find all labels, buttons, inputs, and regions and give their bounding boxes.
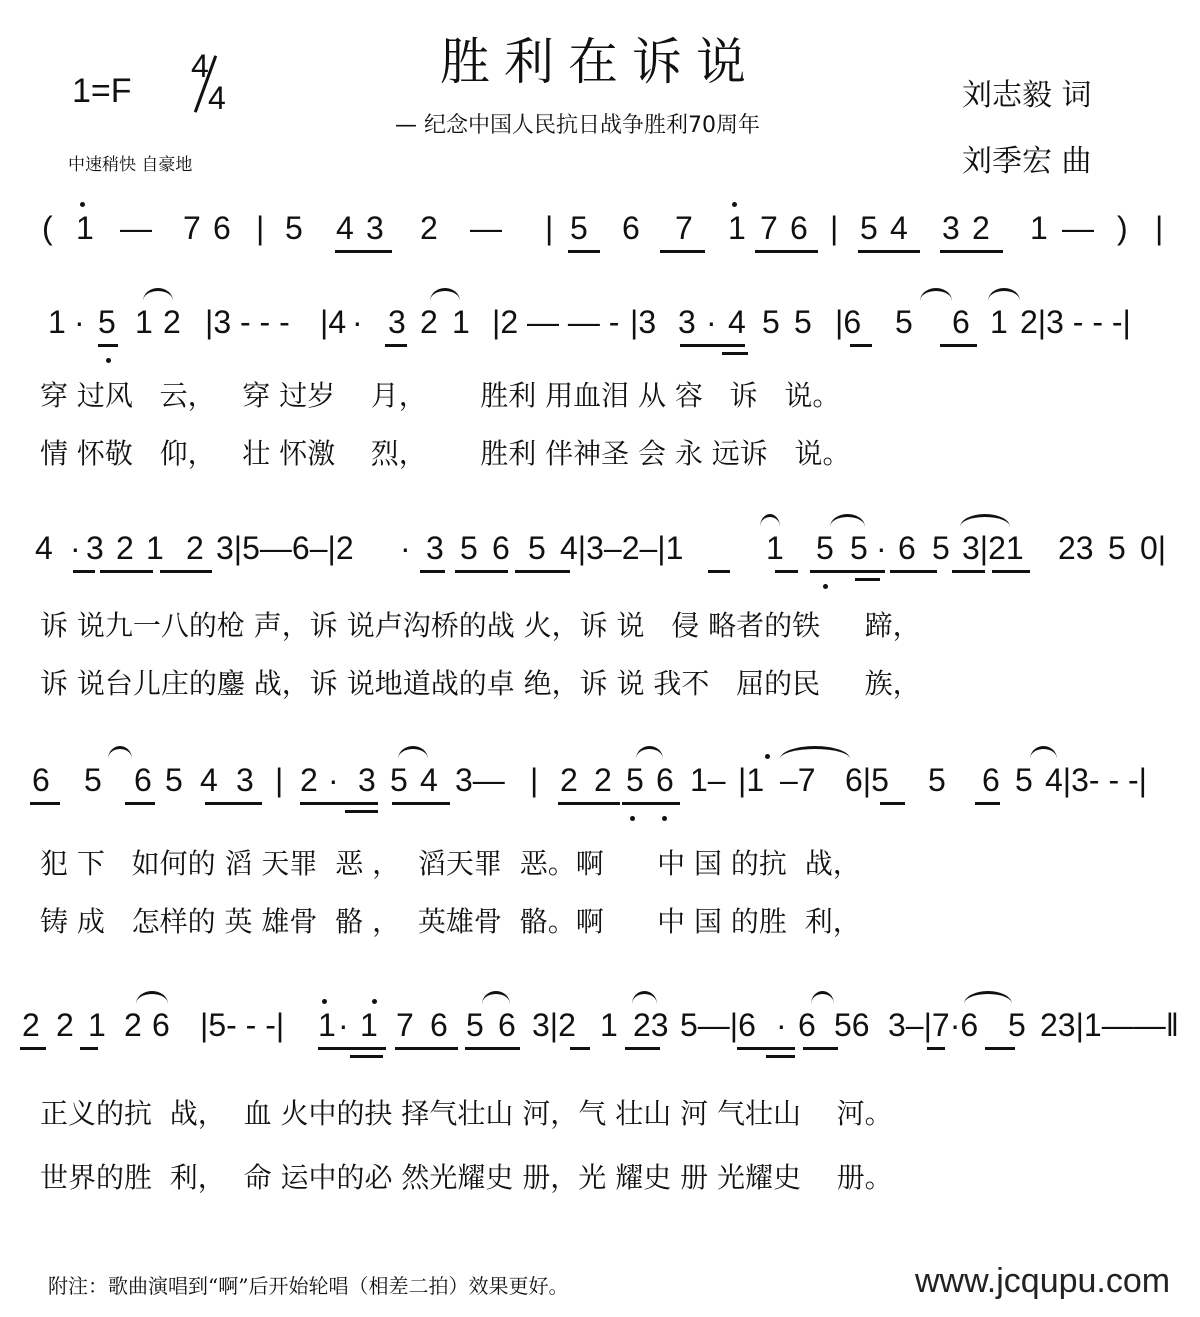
- note-token: 3: [358, 760, 376, 800]
- note-token: |: [275, 760, 283, 800]
- note-token: 4: [420, 760, 438, 800]
- note-token: |: [256, 208, 264, 248]
- beam-underline: [98, 344, 118, 347]
- note-token: 2: [116, 528, 134, 568]
- slur-arc: [960, 514, 1010, 527]
- note-token: 2: [420, 208, 438, 248]
- beam-underline: [300, 802, 378, 805]
- note-token: 5: [626, 760, 644, 800]
- note-token: 2: [300, 760, 318, 800]
- beam-underline: [318, 1047, 386, 1050]
- note-token: ·: [70, 528, 81, 568]
- note-token: |: [545, 208, 553, 248]
- note-token: 6: [134, 760, 152, 800]
- beam-underline: [622, 802, 680, 805]
- note-token: 6: [798, 1005, 816, 1045]
- note-token: |: [830, 208, 838, 248]
- note-token: |5- - -|: [200, 1005, 284, 1045]
- note-token: |: [530, 760, 538, 800]
- slur-arc: [108, 746, 132, 759]
- octave-dot-below: [823, 584, 828, 589]
- time-signature: 4 4: [186, 48, 236, 118]
- note-token: 7: [396, 1005, 414, 1045]
- beam-underline: [455, 570, 508, 573]
- notation-system-2: 1·512|3 - - -|4·321|2 — — -|33·455|65612…: [0, 302, 1200, 382]
- lyric-line-3: 诉 说九一八的枪 声，诉 说卢沟桥的战 火，诉 说 侵 略者的铁 蹄，: [40, 604, 921, 644]
- octave-dot-above: [80, 202, 85, 207]
- note-token: 7: [183, 208, 201, 248]
- notation-system-5: 22126|5- - -|1·176563|21235—|6·6563–|7·6…: [0, 1005, 1200, 1085]
- slur-arc: [482, 991, 510, 1004]
- beam-underline: [858, 250, 920, 253]
- lyric-line-1: 穿 过风 云， 穿 过岁 月， 胜利 用血泪 从 容 诉 说。: [40, 374, 840, 414]
- slur-arc: [430, 288, 460, 301]
- note-token: 3—: [455, 760, 505, 800]
- note-token: ·: [400, 528, 411, 568]
- note-token: 3: [86, 528, 104, 568]
- note-token: 1–: [690, 760, 726, 800]
- note-token: 3|21: [962, 528, 1024, 568]
- beam-underline: [803, 1047, 838, 1050]
- beam-underline: [350, 1055, 383, 1058]
- note-token: 5: [932, 528, 950, 568]
- slur-arc: [632, 991, 657, 1004]
- beam-underline: [515, 570, 570, 573]
- note-token: 5: [1015, 760, 1033, 800]
- note-token: 2: [420, 302, 438, 342]
- note-token: 3: [236, 760, 254, 800]
- note-token: |3 - - -: [205, 302, 290, 342]
- note-token: |6: [835, 302, 861, 342]
- notation-system-3: 4·32123|5—6–|2·35654|3–2–|1155·653|21235…: [0, 528, 1200, 608]
- footnote: 附注：歌曲演唱到“啊”后开始轮唱（相差二拍）效果更好。: [48, 1270, 568, 1299]
- note-token: 1: [452, 302, 470, 342]
- note-token: 1: [600, 1005, 618, 1045]
- note-token: 3: [388, 302, 406, 342]
- beam-underline: [30, 802, 60, 805]
- note-token: 5: [466, 1005, 484, 1045]
- octave-dot-above: [322, 999, 327, 1004]
- note-token: 5: [570, 208, 588, 248]
- slur-arc: [136, 991, 168, 1004]
- note-token: 6: [430, 1005, 448, 1045]
- note-token: 3|5—6–|2: [216, 528, 354, 568]
- note-token: ·: [876, 528, 887, 568]
- note-token: 1: [146, 528, 164, 568]
- beam-underline: [625, 1047, 660, 1050]
- beam-underline: [940, 344, 977, 347]
- song-subtitle: — 纪念中国人民抗日战争胜利70周年: [395, 108, 760, 139]
- note-token: 2: [972, 208, 990, 248]
- note-token: 5: [98, 302, 116, 342]
- octave-dot-above: [372, 999, 377, 1004]
- octave-dot-below: [106, 358, 111, 363]
- note-token: (: [42, 208, 53, 248]
- note-token: 2: [560, 760, 578, 800]
- lyric-line-5: 犯 下 如何的 滔 天罪 恶 ， 滔天罪 恶。啊 中 国 的抗 战，: [40, 842, 861, 882]
- beam-underline: [985, 1047, 1015, 1050]
- note-token: —: [1062, 208, 1094, 248]
- note-token: |4: [320, 302, 346, 342]
- note-token: 4|3–2–|1: [560, 528, 683, 568]
- note-token: 5: [528, 528, 546, 568]
- note-token: 1: [48, 302, 66, 342]
- note-token: ·: [776, 1005, 787, 1045]
- note-token: –7: [780, 760, 816, 800]
- note-token: 6: [790, 208, 808, 248]
- note-token: 0|: [1140, 528, 1166, 568]
- beam-underline: [940, 250, 1003, 253]
- note-token: 5: [860, 208, 878, 248]
- octave-dot-above: [765, 754, 770, 759]
- note-token: 1: [1030, 208, 1048, 248]
- note-token: ·: [338, 1005, 349, 1045]
- octave-dot-above: [732, 202, 737, 207]
- beam-underline: [392, 802, 450, 805]
- beam-underline: [100, 570, 153, 573]
- note-token: 2: [22, 1005, 40, 1045]
- beam-underline: [680, 344, 745, 347]
- note-token: 1: [766, 528, 784, 568]
- notation-system-4: 656543|2·3543—|22561–|1–76|55654|3- - -|: [0, 760, 1200, 840]
- note-token: 3: [942, 208, 960, 248]
- slur-arc: [830, 514, 865, 527]
- beam-underline: [80, 1047, 98, 1050]
- note-token: 3|2: [532, 1005, 576, 1045]
- beam-underline: [125, 802, 155, 805]
- tempo-marking: 中速稍快 自豪地: [68, 150, 192, 175]
- note-token: 5: [285, 208, 303, 248]
- note-token: 2: [186, 528, 204, 568]
- note-token: 3: [426, 528, 444, 568]
- note-token: —: [470, 208, 502, 248]
- note-token: 5: [762, 302, 780, 342]
- note-token: ·: [74, 302, 85, 342]
- note-token: 6: [982, 760, 1000, 800]
- note-token: 23: [633, 1005, 669, 1045]
- slur-arc: [760, 514, 780, 527]
- beam-underline: [205, 802, 262, 805]
- note-token: 5: [1108, 528, 1126, 568]
- note-token: 2: [124, 1005, 142, 1045]
- note-token: 5: [460, 528, 478, 568]
- beam-underline: [568, 250, 600, 253]
- beam-underline: [465, 1047, 520, 1050]
- key-signature: 1=F: [72, 72, 132, 111]
- octave-dot-below: [630, 816, 635, 821]
- beam-underline: [810, 570, 885, 573]
- lyricist-credit: 刘志毅 词: [962, 70, 1092, 114]
- beam-underline: [395, 1047, 458, 1050]
- note-token: 6: [213, 208, 231, 248]
- note-token: ): [1117, 208, 1128, 248]
- note-token: 6: [622, 208, 640, 248]
- beam-underline: [850, 344, 872, 347]
- lyric-line-4: 诉 说台儿庄的鏖 战，诉 说地道战的卓 绝，诉 说 我不 屈的民 族，: [40, 662, 921, 702]
- note-token: 4: [336, 208, 354, 248]
- note-token: 5: [794, 302, 812, 342]
- beam-underline: [927, 1047, 945, 1050]
- note-token: 4: [728, 302, 746, 342]
- note-token: 5: [850, 528, 868, 568]
- note-token: 5—|6: [680, 1005, 756, 1045]
- note-token: 6: [152, 1005, 170, 1045]
- note-token: 1: [135, 302, 153, 342]
- note-token: 6: [656, 760, 674, 800]
- note-token: 23: [1058, 528, 1094, 568]
- slur-arc: [1030, 746, 1057, 759]
- beam-underline: [992, 570, 1030, 573]
- note-token: 1: [990, 302, 1008, 342]
- beam-underline: [890, 570, 937, 573]
- note-token: 2: [56, 1005, 74, 1045]
- note-token: 4: [200, 760, 218, 800]
- note-token: |2 — — -: [492, 302, 619, 342]
- beam-underline: [775, 570, 798, 573]
- note-token: 5: [816, 528, 834, 568]
- beam-underline: [160, 570, 212, 573]
- note-token: 6: [492, 528, 510, 568]
- note-token: 3: [366, 208, 384, 248]
- lyric-line-7: 正义的抗 战， 血 火中的抉 择气壮山 河，气 壮山 河 气壮山 河。: [40, 1092, 893, 1132]
- beam-underline: [420, 570, 445, 573]
- note-token: 6: [952, 302, 970, 342]
- beam-underline: [755, 250, 818, 253]
- slur-arc: [964, 991, 1012, 1004]
- note-token: |: [1155, 208, 1163, 248]
- note-token: 7: [675, 208, 693, 248]
- beam-underline: [73, 570, 95, 573]
- note-token: 1: [318, 1005, 336, 1045]
- note-token: 4: [890, 208, 908, 248]
- slur-arc: [988, 288, 1020, 301]
- slur-arc: [811, 991, 834, 1004]
- beam-underline: [345, 810, 378, 813]
- beam-underline: [335, 250, 392, 253]
- composer-credit: 刘季宏 曲: [962, 136, 1092, 180]
- note-token: 56: [834, 1005, 870, 1045]
- note-token: 4: [35, 528, 53, 568]
- time-signature-bottom: 4: [208, 80, 226, 117]
- beam-underline: [708, 570, 730, 573]
- note-token: ·: [328, 760, 339, 800]
- note-token: 1: [360, 1005, 378, 1045]
- note-token: 23|1——‖: [1040, 1005, 1179, 1045]
- beam-underline: [880, 802, 905, 805]
- note-token: 1: [728, 208, 746, 248]
- note-token: 6: [32, 760, 50, 800]
- beam-underline: [660, 250, 705, 253]
- beam-underline: [570, 1047, 590, 1050]
- note-token: 5: [165, 760, 183, 800]
- slur-arc: [636, 746, 663, 759]
- note-token: ·: [706, 302, 717, 342]
- note-token: 5: [1008, 1005, 1026, 1045]
- note-token: 1: [76, 208, 94, 248]
- slur-arc: [143, 288, 173, 301]
- slur-arc: [920, 288, 952, 301]
- beam-underline: [766, 1055, 795, 1058]
- beam-underline: [855, 578, 880, 581]
- note-token: 6|5: [845, 760, 889, 800]
- note-token: 6: [498, 1005, 516, 1045]
- note-token: 3–|7·6: [888, 1005, 978, 1045]
- note-token: 1: [88, 1005, 106, 1045]
- note-token: 4|3- - -|: [1045, 760, 1147, 800]
- note-token: —: [120, 208, 152, 248]
- website-watermark: www.jcqupu.com: [915, 1262, 1170, 1301]
- note-token: 5: [390, 760, 408, 800]
- beam-underline: [952, 570, 985, 573]
- note-token: |1: [738, 760, 764, 800]
- note-token: 2|3 - - -|: [1020, 302, 1131, 342]
- slur-arc: [398, 746, 428, 759]
- note-token: 2: [163, 302, 181, 342]
- slur-arc: [780, 746, 850, 759]
- note-token: 6: [898, 528, 916, 568]
- beam-underline: [558, 802, 620, 805]
- note-token: 2: [594, 760, 612, 800]
- note-token: 5: [895, 302, 913, 342]
- note-token: ·: [352, 302, 363, 342]
- lyric-line-8: 世界的胜 利， 命 运中的必 然光耀史 册，光 耀史 册 光耀史 册。: [40, 1156, 893, 1196]
- note-token: 5: [84, 760, 102, 800]
- note-token: |3: [630, 302, 656, 342]
- beam-underline: [722, 352, 748, 355]
- octave-dot-below: [662, 816, 667, 821]
- note-token: 5: [928, 760, 946, 800]
- beam-underline: [385, 344, 407, 347]
- lyric-line-6: 铸 成 怎样的 英 雄骨 骼 ， 英雄骨 骼。啊 中 国 的胜 利，: [40, 900, 861, 940]
- beam-underline: [20, 1047, 46, 1050]
- notation-system-1: (1—76|5432—|567176|54321—)|: [0, 208, 1200, 288]
- beam-underline: [737, 1047, 795, 1050]
- note-token: 3: [678, 302, 696, 342]
- beam-underline: [975, 802, 1000, 805]
- lyric-line-2: 情 怀敬 仰， 壮 怀激 烈， 胜利 伴神圣 会 永 远诉 说。: [40, 432, 851, 472]
- note-token: 7: [760, 208, 778, 248]
